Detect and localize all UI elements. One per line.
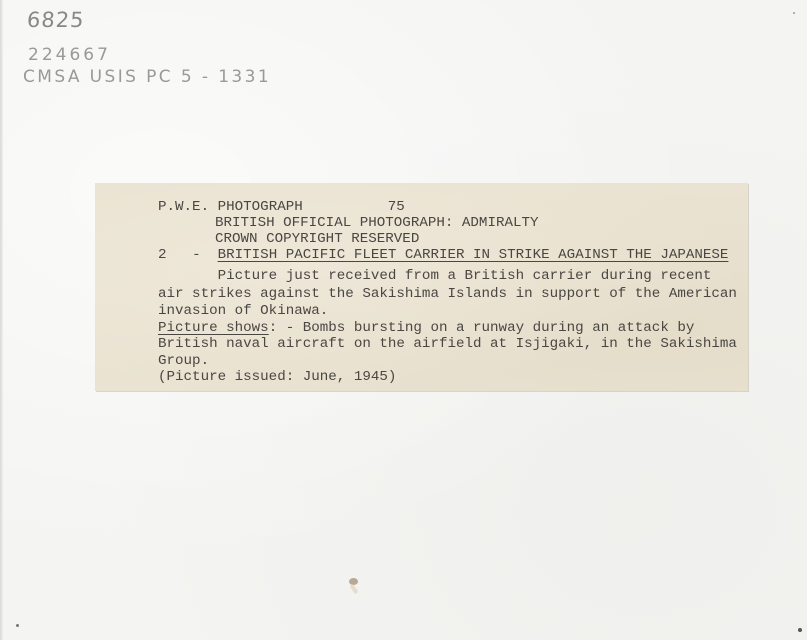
headline: BRITISH PACIFIC FLEET CARRIER IN STRIKE … [218, 247, 729, 263]
item-number: 2 [158, 247, 167, 263]
page-left-edge [0, 0, 3, 640]
copyright-line: CROWN COPYRIGHT RESERVED [215, 231, 419, 247]
picture-shows-line-2: British naval aircraft on the airfield a… [158, 336, 737, 352]
body-line-2: air strikes against the Sakishima Island… [158, 286, 737, 302]
caption-slip: P.W.E. PHOTOGRAPH75 BRITISH OFFICIAL PHO… [95, 183, 748, 391]
paper-blemish-stain [349, 584, 358, 594]
source-label: P.W.E. [158, 199, 209, 215]
paper-speck [798, 628, 802, 632]
picture-shows-line-3: Group. [158, 353, 209, 369]
picture-shows-label: Picture shows [158, 320, 269, 336]
typed-caption: P.W.E. PHOTOGRAPH75 BRITISH OFFICIAL PHO… [95, 183, 748, 391]
handwritten-note-1: 6825 [26, 8, 85, 32]
body-line-3: invasion of Okinawa. [158, 303, 328, 319]
headline-line: 2 - BRITISH PACIFIC FLEET CARRIER IN STR… [158, 247, 728, 263]
body-line-1: Picture just received from a British car… [158, 268, 711, 284]
photo-type: PHOTOGRAPH [218, 199, 303, 215]
picture-shows-line-1: Picture shows: - Bombs bursting on a run… [158, 320, 694, 336]
paper-speck [793, 12, 795, 14]
handwritten-note-3: CMSA USIS PC 5 - 1331 [23, 67, 271, 87]
handwritten-note-2: 224667 [28, 45, 111, 65]
item-dash: - [192, 247, 201, 263]
issued-line: (Picture issued: June, 1945) [158, 369, 396, 385]
header-line-1: P.W.E. PHOTOGRAPH75 [158, 199, 405, 215]
official-line: BRITISH OFFICIAL PHOTOGRAPH: ADMIRALTY [215, 215, 539, 231]
photo-number: 75 [388, 199, 405, 215]
paper-speck [16, 624, 19, 627]
